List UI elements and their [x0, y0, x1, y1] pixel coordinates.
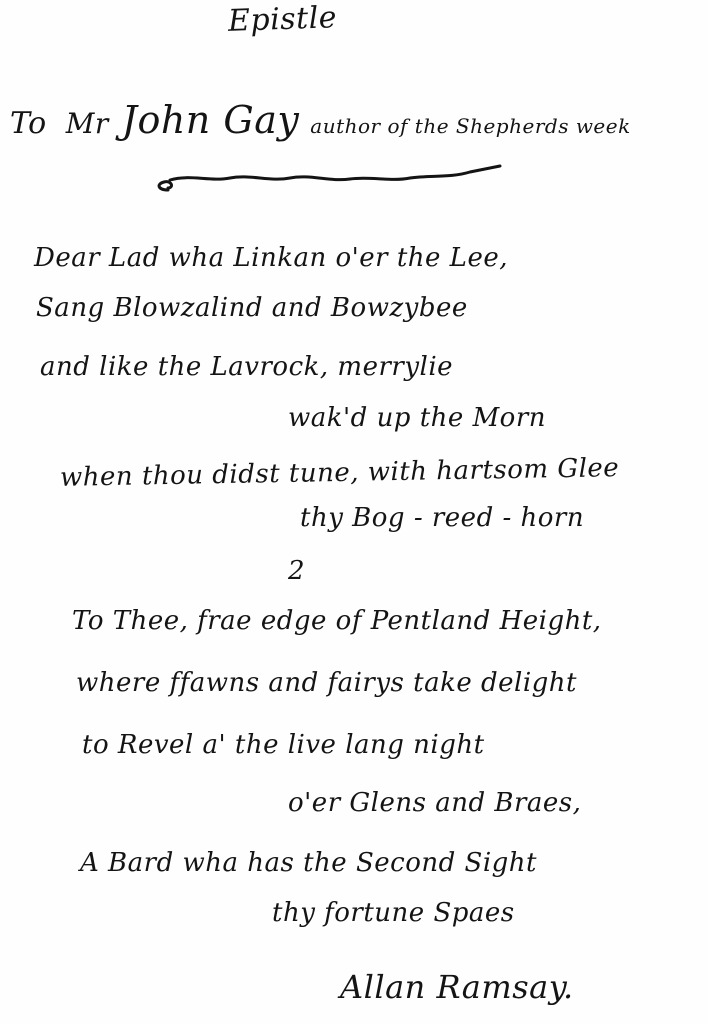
- dedication-descriptor: author of the Shepherds week: [310, 114, 630, 138]
- dedication-prefix: To: [10, 106, 47, 141]
- dedication-line: To Mr John Gay author of the Shepherds w…: [10, 98, 631, 142]
- verse-line: A Bard wha has the Second Sight: [80, 848, 537, 878]
- verse-line: where ffawns and fairys take delight: [76, 668, 577, 698]
- verse-line: thy Bog - reed - horn: [300, 503, 584, 533]
- dedication-honorific: Mr: [66, 107, 109, 140]
- manuscript-page: Epistle To Mr John Gay author of the She…: [0, 0, 708, 1024]
- verse-line: thy fortune Spaes: [272, 898, 515, 928]
- verse-line: Dear Lad wha Linkan o'er the Lee,: [34, 243, 508, 273]
- verse-line: Sang Blowzalind and Bowzybee: [36, 293, 468, 323]
- verse-line: and like the Lavrock, merrylie: [40, 352, 453, 382]
- dedication-name: John Gay: [122, 98, 300, 142]
- verse-line: To Thee, frae edge of Pentland Height,: [72, 606, 602, 636]
- document-title: Epistle: [227, 0, 337, 39]
- stanza-number: 2: [288, 556, 305, 586]
- verse-line: to Revel a' the live lang night: [82, 730, 485, 760]
- verse-line: wak'd up the Morn: [288, 403, 546, 433]
- flourish-divider-icon: [150, 160, 510, 200]
- verse-line: o'er Glens and Braes,: [288, 788, 581, 818]
- verse-line: when thou didst tune, with hartsom Glee: [60, 453, 620, 493]
- author-signature: Allan Ramsay.: [340, 968, 574, 1006]
